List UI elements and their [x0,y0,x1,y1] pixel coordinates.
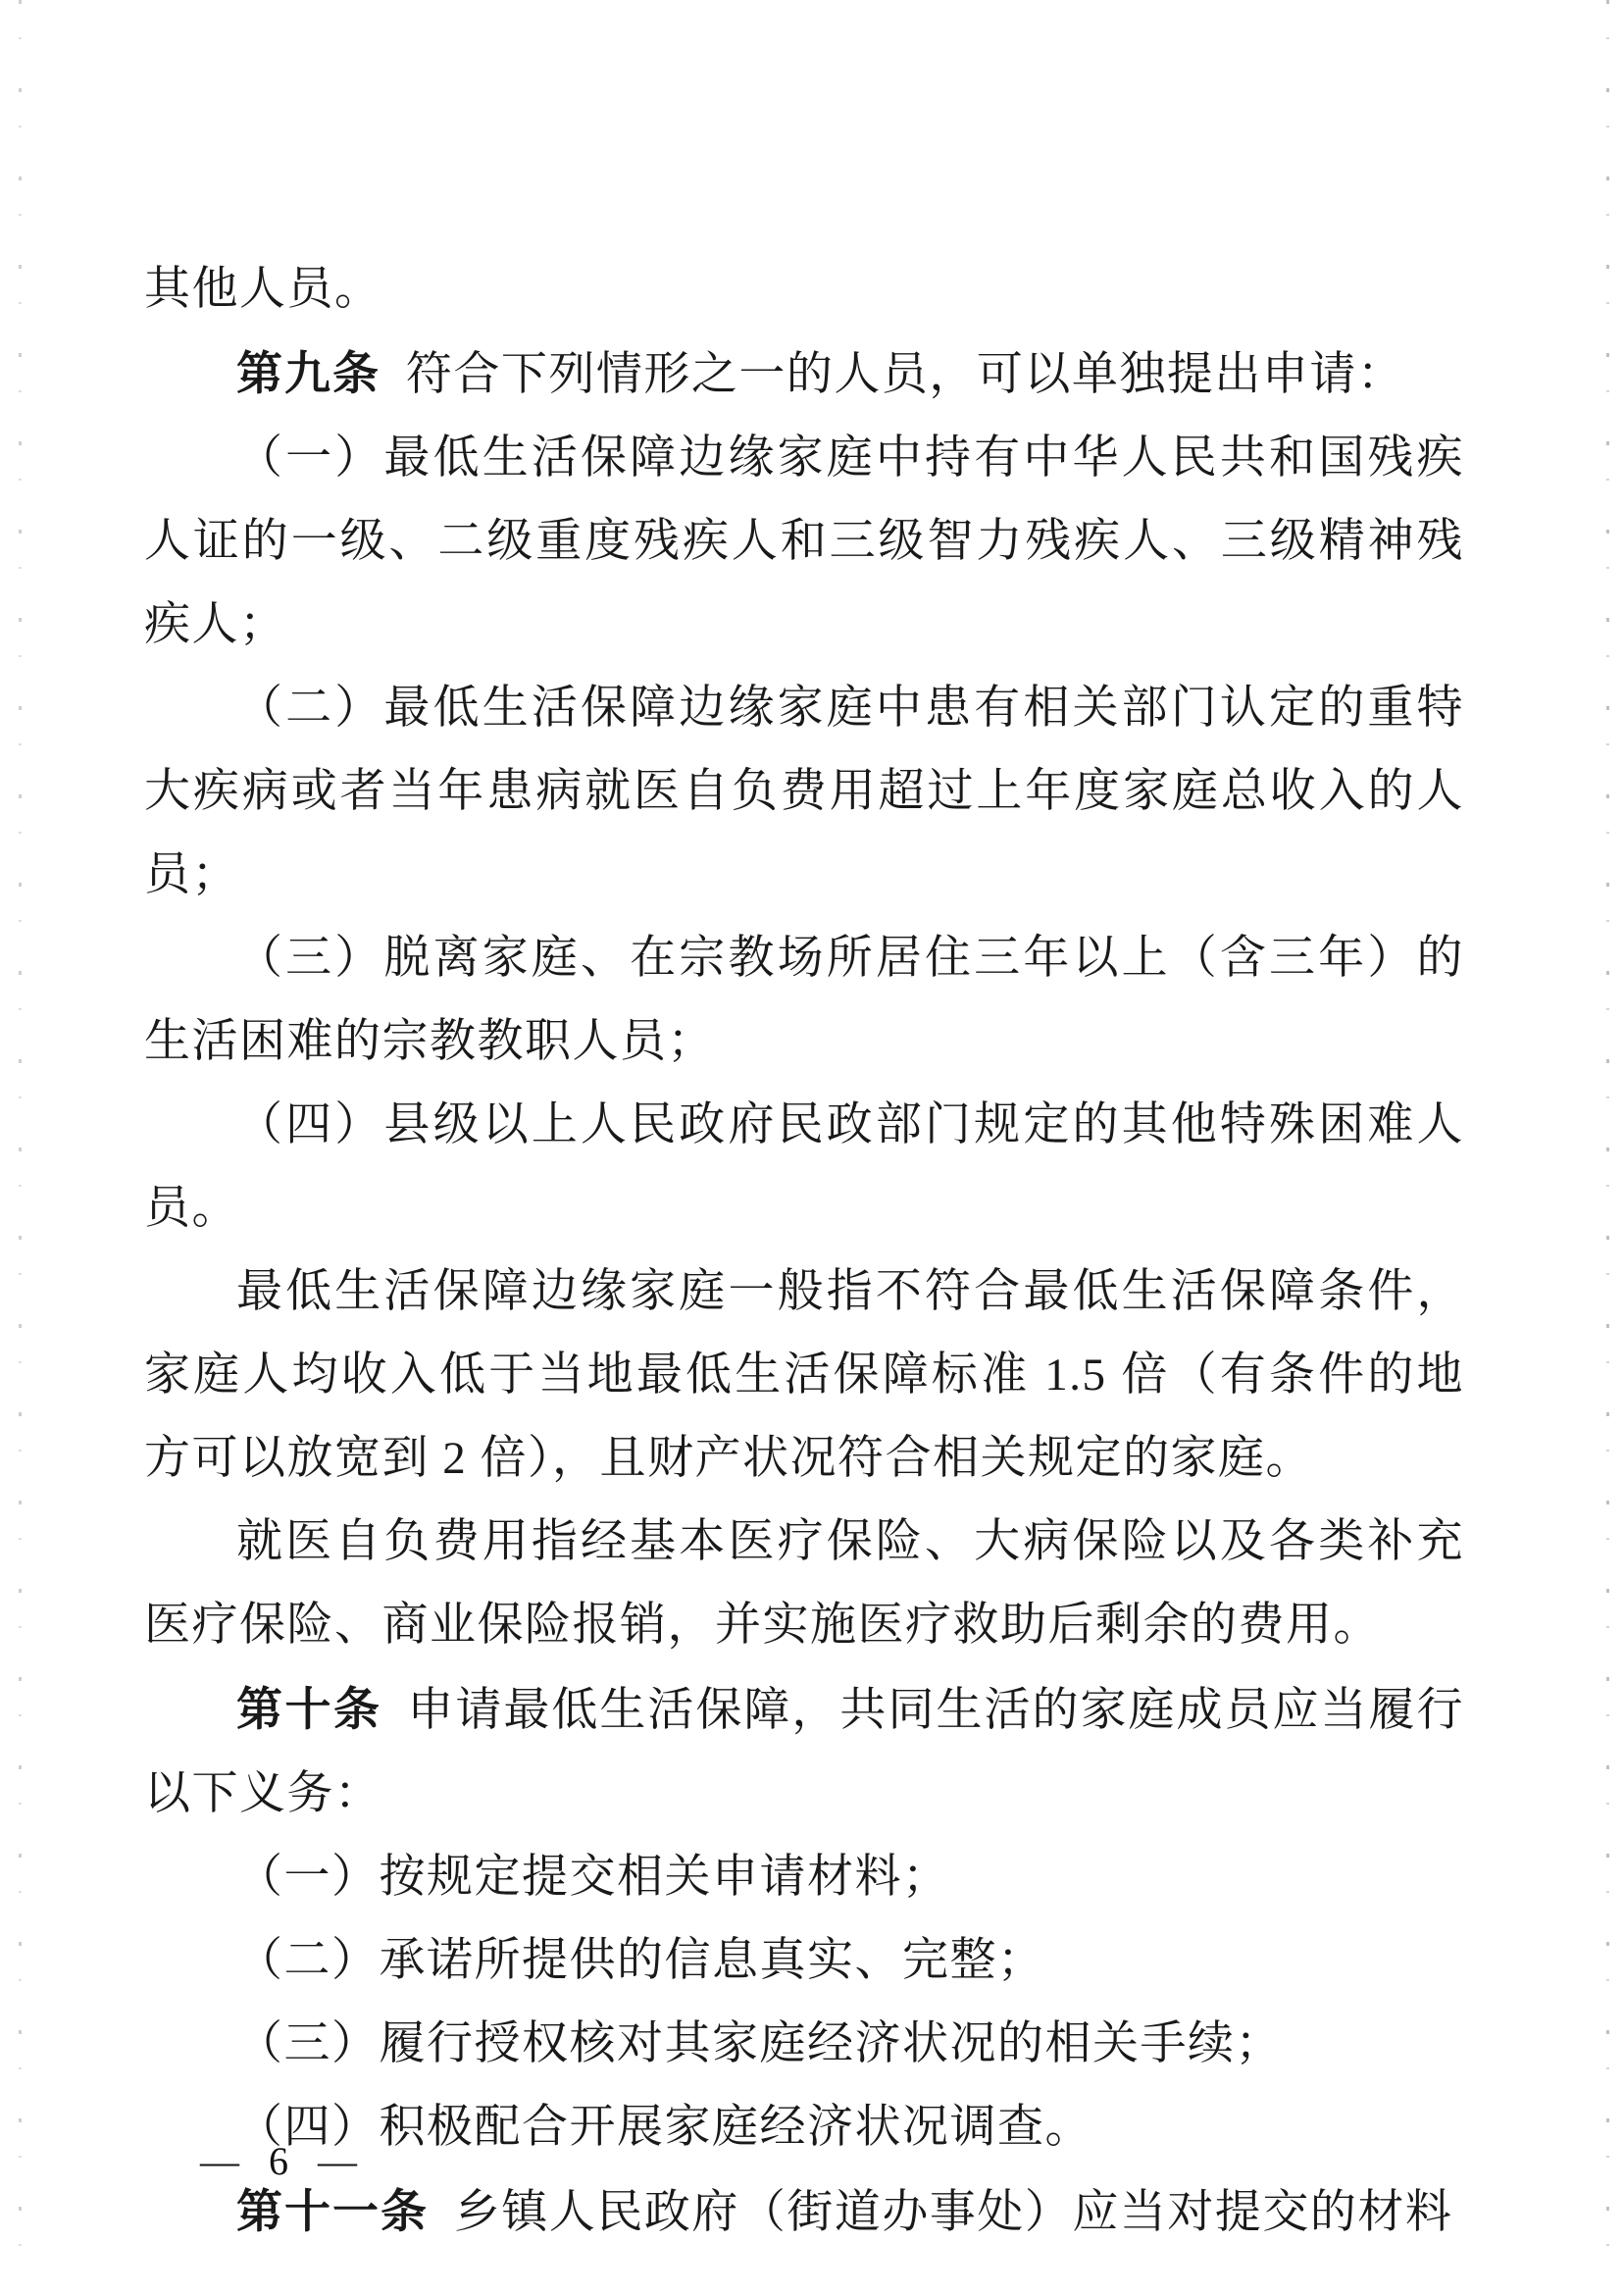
left-edge-scan-artifact [19,0,22,2293]
paragraph-duty-3: （三）履行授权核对其家庭经济状况的相关手续； [144,2003,1464,2086]
page-number: — 6 — [200,2138,367,2184]
paragraph-duty-2: （二）承诺所提供的信息真实、完整； [144,1919,1464,2003]
paragraph-article-9: 第九条符合下列情形之一的人员，可以单独提出申请： [144,331,1464,417]
paragraph-text: （一）最低生活保障边缘家庭中持有中华人民共和国残疾人证的一级、二级重度残疾人和三… [144,433,1464,650]
paragraph-text: 就医自负费用指经基本医疗保险、大病保险以及各类补充医疗保险、商业保险报销，并实施… [144,1516,1464,1651]
paragraph-item-4: （四）县级以上人民政府民政部门规定的其他特殊困难人员。 [144,1084,1464,1250]
paragraph-text: （四）县级以上人民政府民政部门规定的其他特殊困难人员。 [144,1099,1464,1234]
scanned-document-page: 其他人员。 第九条符合下列情形之一的人员，可以单独提出申请： （一）最低生活保障… [0,0,1624,2293]
article-11-heading: 第十一条 [236,2185,429,2237]
paragraph-text: 符合下列情形之一的人员，可以单独提出申请： [406,349,1405,400]
document-body: 其他人员。 第九条符合下列情形之一的人员，可以单独提出申请： （一）最低生活保障… [144,248,1464,2255]
paragraph-text: （三）脱离家庭、在宗教场所居住三年以上（含三年）的生活困难的宗教教职人员； [144,933,1464,1067]
paragraph-text: （一）按规定提交相关申请材料； [236,1852,950,1903]
paragraph-text: （三）履行授权核对其家庭经济状况的相关手续； [236,2018,1283,2069]
paragraph-item-3: （三）脱离家庭、在宗教场所居住三年以上（含三年）的生活困难的宗教教职人员； [144,917,1464,1084]
paragraph-text: 乡镇人民政府（街道办事处）应当对提交的材料 [454,2187,1453,2238]
article-9-heading: 第九条 [236,347,381,399]
paragraph-text: （二）承诺所提供的信息真实、完整； [236,1935,1045,1986]
paragraph-item-1: （一）最低生活保障边缘家庭中持有中华人民共和国残疾人证的一级、二级重度残疾人和三… [144,417,1464,667]
paragraph-continuation: 其他人员。 [144,248,1464,331]
paragraph-text: 最低生活保障边缘家庭一般指不符合最低生活保障条件，家庭人均收入低于当地最低生活保… [144,1266,1464,1484]
paragraph-definition-edge-family: 最低生活保障边缘家庭一般指不符合最低生活保障条件，家庭人均收入低于当地最低生活保… [144,1250,1464,1501]
paragraph-text: （二）最低生活保障边缘家庭中患有相关部门认定的重特大疾病或者当年患病就医自负费用… [144,683,1464,900]
paragraph-definition-medical-expense: 就医自负费用指经基本医疗保险、大病保险以及各类补充医疗保险、商业保险报销，并实施… [144,1501,1464,1667]
paragraph-duty-1: （一）按规定提交相关申请材料； [144,1836,1464,1919]
paragraph-text: 其他人员。 [144,264,382,315]
paragraph-article-10: 第十条申请最低生活保障，共同生活的家庭成员应当履行以下义务： [144,1667,1464,1836]
article-10-heading: 第十条 [236,1683,382,1735]
paragraph-item-2: （二）最低生活保障边缘家庭中患有相关部门认定的重特大疾病或者当年患病就医自负费用… [144,667,1464,917]
right-edge-scan-artifact [1606,0,1609,2293]
